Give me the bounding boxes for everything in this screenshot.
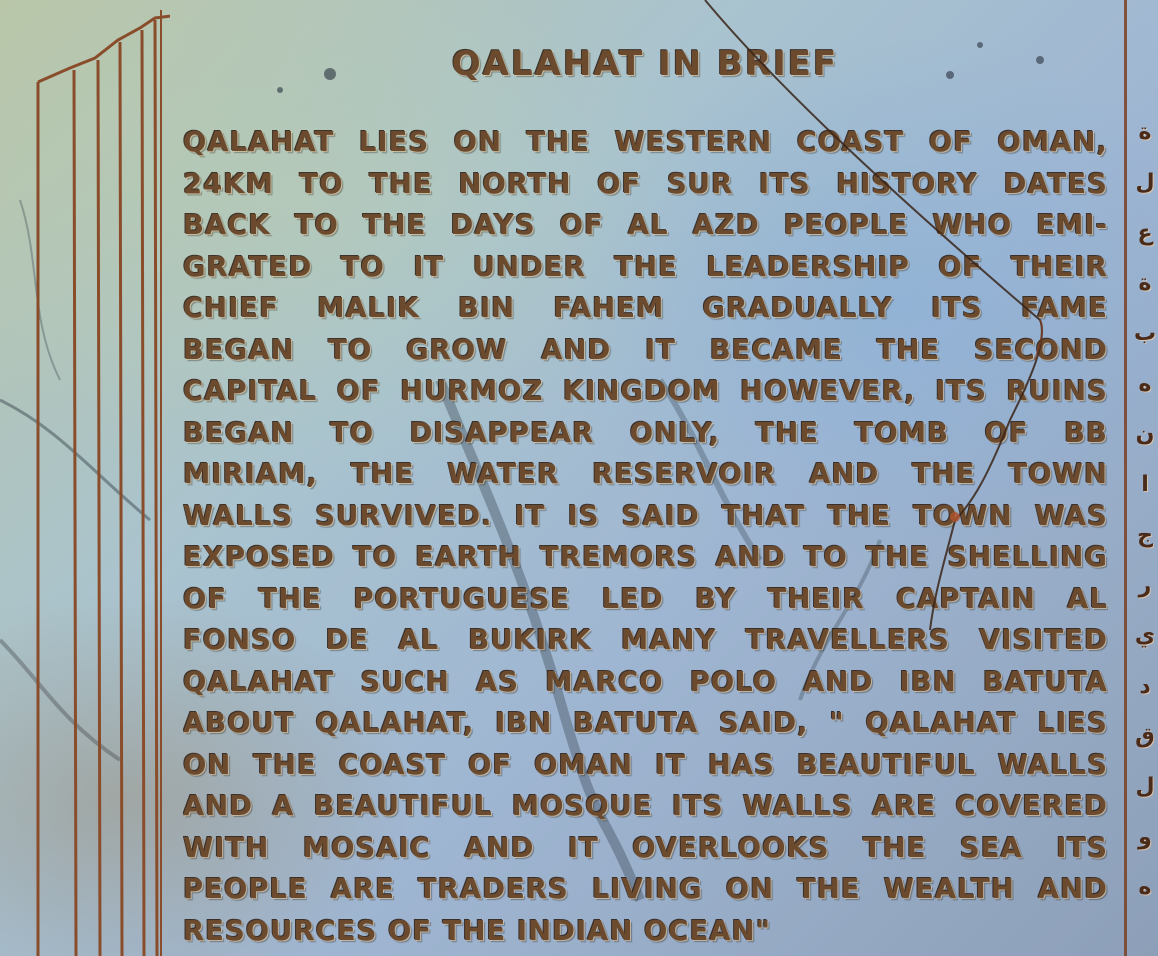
arabic-glyph: ي (1135, 623, 1155, 648)
plaque-line: 24KM TO THE NORTH OF SUR ITS HISTORY DAT… (183, 164, 1108, 206)
page-stack-edges (0, 0, 170, 956)
arabic-glyph: ق (1135, 724, 1155, 749)
plaque-line: BEGAN TO GROW AND IT BECAME THE SECOND (183, 330, 1108, 372)
arabic-glyph: ع (1137, 221, 1152, 246)
arabic-glyph: ر (1139, 573, 1152, 598)
plaque-line: BACK TO THE DAYS OF AL AZD PEOPLE WHO EM… (183, 205, 1108, 247)
arabic-glyph: و (1138, 825, 1152, 850)
plaque-line: BEGAN TO DISAPPEAR ONLY, THE TOMB OF BB (183, 413, 1108, 455)
plaque-line: CHIEF MALIK BIN FAHEM GRADUALLY ITS FAME (183, 288, 1108, 330)
plaque-line: GRATED TO IT UNDER THE LEADERSHIP OF THE… (183, 247, 1108, 289)
plaque-line: FONSO DE AL BUKIRK MANY TRAVELLERS VISIT… (183, 620, 1108, 662)
plaque-line: CAPITAL OF HURMOZ KINGDOM HOWEVER, ITS R… (183, 371, 1108, 413)
plaque-line: AND A BEAUTIFUL MOSQUE ITS WALLS ARE COV… (183, 786, 1108, 828)
plaque-line: WALLS SURVIVED. IT IS SAID THAT THE TOWN… (183, 496, 1108, 538)
plaque-line: WITH MOSAIC AND IT OVERLOOKS THE SEA ITS (183, 828, 1108, 870)
plaque-line: ABOUT QALAHAT, IBN BATUTA SAID, " QALAHA… (183, 703, 1108, 745)
plaque-right-border (1124, 0, 1127, 956)
arabic-glyph: ه (1139, 372, 1152, 397)
arabic-glyph: ة (1139, 271, 1152, 296)
plaque-line: PEOPLE ARE TRADERS LIVING ON THE WEALTH … (183, 869, 1108, 911)
plaque-line: MIRIAM, THE WATER RESERVOIR AND THE TOWN (183, 454, 1108, 496)
arabic-glyph: ة (1139, 120, 1152, 145)
plaque-line: QALAHAT SUCH AS MARCO POLO AND IBN BATUT… (183, 662, 1108, 704)
plaque-line: ON THE COAST OF OMAN IT HAS BEAUTIFUL WA… (183, 745, 1108, 787)
plaque-line: OF THE PORTUGUESE LED BY THEIR CAPTAIN A… (183, 579, 1108, 621)
arabic-glyph: ه (1139, 875, 1152, 900)
plaque-body: QALAHAT LIES ON THE WESTERN COAST OF OMA… (183, 122, 1108, 952)
arabic-glyph: د (1139, 674, 1150, 699)
plaque-line: EXPOSED TO EARTH TREMORS AND TO THE SHEL… (183, 537, 1108, 579)
arabic-text-fragments: ة ل ع ة ب ه ن ا ج ر ي د ق ل و ه (1132, 120, 1158, 900)
plaque-title: QALAHAT IN BRIEF (415, 44, 875, 84)
plaque-line: QALAHAT LIES ON THE WESTERN COAST OF OMA… (183, 122, 1108, 164)
arabic-glyph: ل (1135, 774, 1154, 799)
arabic-glyph: ب (1134, 321, 1156, 346)
arabic-glyph: ا (1141, 472, 1149, 497)
arabic-glyph: ل (1135, 170, 1154, 195)
plaque-line: RESOURCES OF THE INDIAN OCEAN" (183, 911, 1108, 953)
arabic-glyph: ن (1136, 422, 1155, 447)
arabic-glyph: ج (1137, 523, 1153, 548)
